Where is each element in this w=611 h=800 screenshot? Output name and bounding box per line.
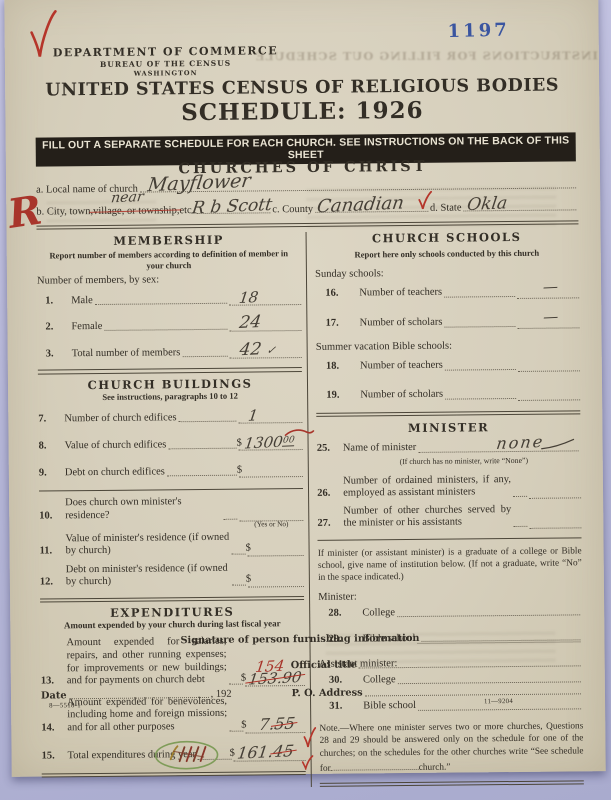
- answer-line: 1: [238, 409, 302, 424]
- question-number: 28.: [318, 607, 362, 620]
- answer-line: —: [517, 284, 579, 299]
- field-d-label: d. State: [430, 202, 462, 213]
- leader-dots: [95, 301, 227, 305]
- question-number: 16.: [315, 288, 359, 301]
- scanned-census-form-page: { "scan": { "stamp_number": "1197", "gho…: [0, 0, 611, 800]
- official-title-line: [359, 663, 581, 668]
- question-number: 8.: [39, 440, 65, 453]
- yes-or-no-hint: (Yes or No): [239, 520, 303, 529]
- date-year-prefix: , 192: [211, 689, 232, 700]
- dollar-sign: $: [246, 574, 251, 587]
- question-1-male: 1. Male 18: [37, 292, 301, 309]
- question-number: 9.: [39, 467, 65, 480]
- question-number: 15.: [42, 750, 68, 763]
- form-number-right: 11—9204: [484, 697, 583, 705]
- graduate-instruction: If minister (or assistant minister) is a…: [318, 545, 582, 584]
- question-17-scholars: 17. Number of scholars —: [316, 314, 580, 331]
- handwritten-answer: 7.55: [258, 714, 296, 735]
- question-7-edifices: 7. Number of church edifices 1: [38, 409, 302, 426]
- question-label: Number of teachers: [359, 287, 442, 300]
- question-number: 17.: [316, 318, 360, 331]
- question-label: Value of minister's residence (if owned …: [65, 531, 229, 558]
- handwritten-answer: none: [495, 432, 545, 453]
- pen-flourish: [541, 438, 575, 450]
- answer-line: $ 7.55: [245, 719, 305, 734]
- red-checkmark-icon: [303, 727, 316, 749]
- agency-block: DEPARTMENT OF COMMERCE BUREAU OF THE CEN…: [53, 44, 279, 78]
- pencil-dash: —: [542, 307, 559, 326]
- official-title-label: Official title: [291, 660, 357, 672]
- membership-intro: Number of members, by sex:: [37, 274, 301, 288]
- red-checkmark-icon: [302, 754, 314, 769]
- official-title-row: Official title: [41, 657, 583, 673]
- question-label: Total number of members: [72, 347, 181, 361]
- handwritten-dollars: 161.: [236, 742, 274, 763]
- stamp-number: 1197: [447, 19, 510, 42]
- form-number-left: 8—5518-1: [41, 702, 81, 709]
- answer-line: [529, 484, 581, 498]
- signature-line: [421, 637, 580, 642]
- question-label: Number of scholars: [360, 317, 443, 330]
- field-d-handwritten-value: Okla: [466, 193, 509, 215]
- field-c-line: Canadian: [315, 209, 428, 213]
- answer-line: 18: [229, 292, 301, 307]
- field-c-label: c. County: [272, 204, 313, 215]
- section-divider: [316, 410, 580, 417]
- question-number: 11.: [40, 545, 66, 558]
- question-label: Female: [71, 321, 102, 334]
- section-divider: [318, 537, 582, 541]
- question-9-debt-edifices: 9. Debt on church edifices $: [39, 463, 303, 480]
- question-label: Number of scholars: [360, 389, 443, 402]
- section-divider: [38, 367, 302, 374]
- schedule-note-tail: church.”: [419, 762, 451, 772]
- red-squiggle-mark: [284, 428, 314, 438]
- handwritten-answer: 18: [238, 289, 260, 308]
- date-line: [69, 695, 209, 699]
- answer-line: $ 161.45: [233, 747, 305, 762]
- leader-dots: [397, 613, 580, 618]
- question-28-college: 28. College: [318, 605, 582, 620]
- field-d-line: Okla: [463, 207, 576, 211]
- department-line: DEPARTMENT OF COMMERCE: [53, 44, 278, 59]
- question-label: Male: [71, 295, 93, 308]
- field-a-handwritten-value: Mayflower: [146, 170, 252, 197]
- leader-dots: [418, 706, 581, 711]
- membership-subheading: Report number of members according to de…: [47, 248, 291, 272]
- question-16-teachers: 16. Number of teachers —: [315, 284, 579, 301]
- question-number: 12.: [40, 577, 66, 590]
- field-b-struck-text: village, or township,: [93, 205, 179, 217]
- question-3-total-members: 3. Total number of members 42 ✓: [38, 344, 302, 361]
- expenditures-subheading: Amount expended by your church during la…: [40, 618, 304, 632]
- form-schedule-year: SCHEDULE: 1926: [5, 95, 599, 128]
- field-b-label-struck: village, or township,near: [93, 205, 179, 217]
- handwritten-dollars: 1300: [243, 433, 284, 453]
- minister-label: Minister:: [318, 589, 582, 603]
- date-label: Date: [41, 690, 67, 701]
- question-number: 2.: [37, 321, 71, 334]
- question-number: 25.: [317, 443, 343, 456]
- question-label: Debt on minister's residence (if owned b…: [66, 562, 230, 589]
- question-number: 1.: [37, 295, 71, 308]
- schedule-note: Note.—Where one minister serves two or m…: [319, 720, 583, 775]
- church-schools-subheading: Report here only schools conducted by th…: [315, 247, 579, 260]
- dollar-sign: $: [229, 748, 234, 761]
- answer-line: 24: [229, 318, 301, 333]
- field-b-label-prefix: b. City, town,: [36, 206, 93, 218]
- handwritten-answer: 161.45: [236, 742, 295, 764]
- question-12-residence-debt: 12. Debt on minister's residence (if own…: [40, 562, 304, 590]
- scanned-paper-sheet: INSTRUCTIONS FOR FILLING OUT SCHEDULE 11…: [4, 0, 605, 777]
- summer-schools-label: Summer vacation Bible schools:: [316, 339, 580, 353]
- question-number: 10.: [39, 510, 65, 523]
- leader-dots: [445, 367, 516, 371]
- inline-blank: [331, 759, 419, 771]
- question-label: Does church own minister's residence?: [65, 496, 221, 523]
- answer-line: —: [517, 314, 579, 329]
- field-b-line: R b Scott: [196, 210, 270, 214]
- leader-dots: [179, 419, 237, 423]
- field-c-handwritten-value: Canadian: [316, 193, 406, 218]
- handwritten-answer: 42 ✓: [238, 339, 277, 361]
- answer-line: 42 ✓: [230, 344, 302, 359]
- question-label: College: [362, 607, 395, 620]
- leader-dots: [167, 473, 237, 477]
- answer-line: $: [248, 542, 304, 557]
- question-27-other-churches: 27. Number of other churches served by t…: [317, 503, 581, 531]
- question-label: Number of church edifices: [64, 412, 176, 426]
- handwritten-answer: 1: [247, 407, 259, 425]
- question-number: 7.: [38, 413, 64, 426]
- leader-dots: [104, 327, 227, 331]
- po-address-line: [365, 691, 581, 696]
- tally-marks: [153, 739, 219, 772]
- dollar-sign: $: [241, 720, 246, 733]
- question-25-minister-name: 25. Name of minister none: [317, 440, 581, 455]
- question-19-scholars: 19. Number of scholars: [316, 386, 580, 403]
- section-divider: [42, 771, 306, 778]
- signature-label: Signature of person furnishing informati…: [180, 633, 419, 646]
- leader-dots: [444, 324, 515, 328]
- dollar-sign: $: [237, 437, 242, 450]
- leader-dots: [182, 354, 227, 357]
- handwritten-total: 42: [238, 339, 262, 360]
- leader-dots: [232, 551, 246, 554]
- question-label: Value of church edifices: [65, 439, 167, 453]
- leader-dots: [513, 524, 527, 527]
- leader-dots: [168, 446, 236, 450]
- question-label: Number of ordained ministers, if any, em…: [343, 474, 511, 501]
- pencil-dash: —: [542, 277, 559, 296]
- leader-dots: [223, 516, 237, 519]
- field-b-handwritten-value: R b Scott: [191, 195, 274, 219]
- po-address-label: P. O. Address: [292, 687, 363, 699]
- question-number: 27.: [317, 518, 343, 531]
- question-number: 14.: [41, 722, 67, 735]
- struck-cents: 55: [273, 714, 296, 734]
- question-8-value-edifices: 8. Value of church edifices $ 130000: [39, 436, 303, 453]
- struck-cents: 45: [272, 742, 295, 762]
- handwritten-answer: 24: [238, 312, 262, 333]
- question-11-residence-value: 11. Value of minister's residence (if ow…: [39, 531, 303, 559]
- church-schools-heading: CHURCH SCHOOLS: [315, 229, 579, 246]
- question-2-female: 2. Female 24: [37, 318, 301, 335]
- answer-line: [518, 357, 580, 372]
- leader-dots: [444, 294, 515, 298]
- graduate-instruction-text: If minister (or assistant minister) is a…: [318, 546, 582, 583]
- question-label: Name of minister: [343, 442, 417, 455]
- leader-dots: none: [418, 448, 578, 453]
- question-26-ordained-ministers: 26. Number of ordained ministers, if any…: [317, 473, 581, 501]
- leader-dots: [232, 583, 246, 586]
- answer-line: [529, 514, 581, 528]
- washington-line: WASHINGTON: [53, 68, 278, 78]
- question-label: Number of other churches served by the m…: [343, 504, 511, 531]
- question-number: 3.: [38, 348, 72, 361]
- question-number: 19.: [316, 390, 360, 403]
- leader-dots: [513, 494, 527, 497]
- answer-line: [518, 386, 580, 401]
- question-18-teachers: 18. Number of teachers: [316, 357, 580, 374]
- red-checkmark-icon: [418, 191, 432, 211]
- section-divider: [320, 780, 584, 787]
- question-number: 18.: [316, 361, 360, 374]
- question-10-own-residence: 10. Does church own minister's residence…: [39, 495, 303, 523]
- membership-heading: MEMBERSHIP: [37, 232, 301, 249]
- question-number: 26.: [317, 488, 343, 501]
- dollar-sign: $: [237, 464, 242, 477]
- section-divider: [40, 596, 304, 603]
- answer-line: $: [248, 573, 304, 588]
- field-b-inserted-word: near: [110, 189, 145, 206]
- answer-line: $ 130000: [239, 436, 303, 451]
- section-divider: [39, 488, 303, 492]
- church-buildings-subheading: See instructions, paragraphs 10 to 12: [38, 390, 302, 403]
- answer-line: $: [239, 463, 303, 478]
- question-label: Number of teachers: [360, 360, 443, 373]
- dollar-sign: $: [246, 543, 251, 556]
- answer-line: (Yes or No): [239, 507, 303, 522]
- bleed-through-text: INSTRUCTIONS FOR FILLING OUT SCHEDULE: [255, 48, 598, 63]
- pencil-checkmark: ✓: [266, 344, 277, 357]
- footer-block: Signature of person furnishing informati…: [40, 631, 583, 709]
- sunday-schools-label: Sunday schools:: [315, 266, 579, 280]
- minister-none-hint: (If church has no minister, write “None”…: [317, 455, 581, 467]
- leader-dots: [445, 396, 516, 400]
- question-label: Debt on church edifices: [65, 466, 165, 480]
